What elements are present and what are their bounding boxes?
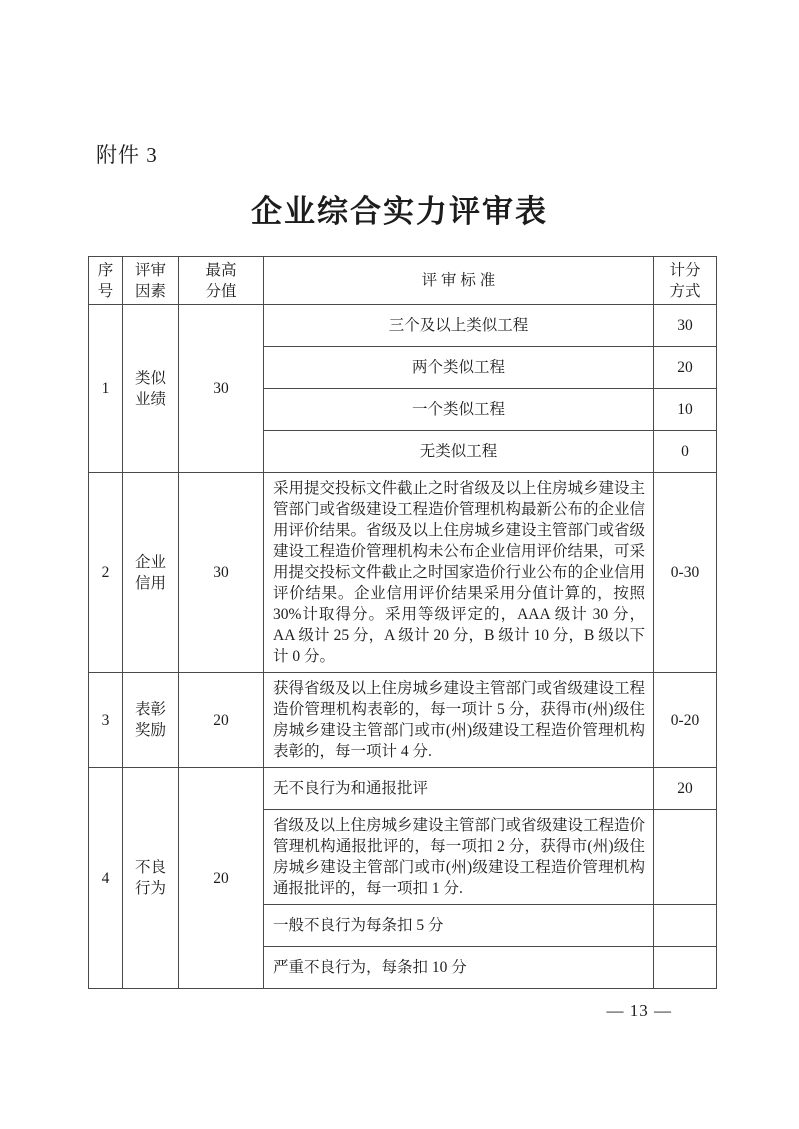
criteria-text-cell: 省级及以上住房城乡建设主管部门或省级建设工程造价管理机构通报批评的，每一项扣 2… — [264, 810, 654, 905]
score-cell: 0-30 — [654, 473, 717, 673]
table-header-row: 序 号 评审 因素 最高 分值 评 审 标 准 计分 方式 — [89, 257, 717, 305]
seq-cell: 4 — [89, 768, 123, 989]
page-number: — 13 — — [607, 1001, 673, 1021]
max-score-cell: 30 — [179, 473, 264, 673]
criteria-row: 2企业 信用30采用提交投标文件截止之时省级及以上住房城乡建设主管部门或省级建设… — [89, 473, 717, 673]
score-cell: 20 — [654, 347, 717, 389]
document-title: 企业综合实力评审表 — [0, 186, 799, 231]
document-page: 附件 3 企业综合实力评审表 序 号 评审 因素 最高 分值 评 审 标 准 计… — [0, 0, 799, 1129]
criteria-row: 4不良 行为20无不良行为和通报批评20 — [89, 768, 717, 810]
max-score-cell: 20 — [179, 768, 264, 989]
max-score-cell: 20 — [179, 673, 264, 768]
factor-cell: 表彰 奖励 — [123, 673, 179, 768]
review-table: 序 号 评审 因素 最高 分值 评 审 标 准 计分 方式 1类似 业绩30三个… — [88, 256, 717, 989]
seq-cell: 2 — [89, 473, 123, 673]
score-cell: 0 — [654, 431, 717, 473]
seq-cell: 3 — [89, 673, 123, 768]
header-cell-maxscore: 最高 分值 — [179, 257, 264, 305]
score-cell: 0-20 — [654, 673, 717, 768]
criteria-text-cell: 无不良行为和通报批评 — [264, 768, 654, 810]
score-cell — [654, 810, 717, 905]
score-cell: 30 — [654, 305, 717, 347]
criteria-text-cell: 严重不良行为，每条扣 10 分 — [264, 947, 654, 989]
criteria-text-cell: 采用提交投标文件截止之时省级及以上住房城乡建设主管部门或省级建设工程造价管理机构… — [264, 473, 654, 673]
criteria-text-cell: 获得省级及以上住房城乡建设主管部门或省级建设工程造价管理机构表彰的，每一项计 5… — [264, 673, 654, 768]
criteria-row: 3表彰 奖励20获得省级及以上住房城乡建设主管部门或省级建设工程造价管理机构表彰… — [89, 673, 717, 768]
criteria-text-cell: 无类似工程 — [264, 431, 654, 473]
score-cell — [654, 905, 717, 947]
criteria-text-cell: 一个类似工程 — [264, 389, 654, 431]
header-cell-seq: 序 号 — [89, 257, 123, 305]
header-cell-factor: 评审 因素 — [123, 257, 179, 305]
max-score-cell: 30 — [179, 305, 264, 473]
criteria-row: 1类似 业绩30三个及以上类似工程30 — [89, 305, 717, 347]
header-cell-criteria: 评 审 标 准 — [264, 257, 654, 305]
score-cell: 10 — [654, 389, 717, 431]
criteria-text-cell: 两个类似工程 — [264, 347, 654, 389]
attachment-label: 附件 3 — [96, 139, 158, 169]
score-cell: 20 — [654, 768, 717, 810]
criteria-text-cell: 一般不良行为每条扣 5 分 — [264, 905, 654, 947]
header-cell-scoring: 计分 方式 — [654, 257, 717, 305]
factor-cell: 企业 信用 — [123, 473, 179, 673]
review-table-body: 1类似 业绩30三个及以上类似工程30两个类似工程20一个类似工程10无类似工程… — [89, 305, 717, 989]
score-cell — [654, 947, 717, 989]
factor-cell: 不良 行为 — [123, 768, 179, 989]
factor-cell: 类似 业绩 — [123, 305, 179, 473]
seq-cell: 1 — [89, 305, 123, 473]
criteria-text-cell: 三个及以上类似工程 — [264, 305, 654, 347]
